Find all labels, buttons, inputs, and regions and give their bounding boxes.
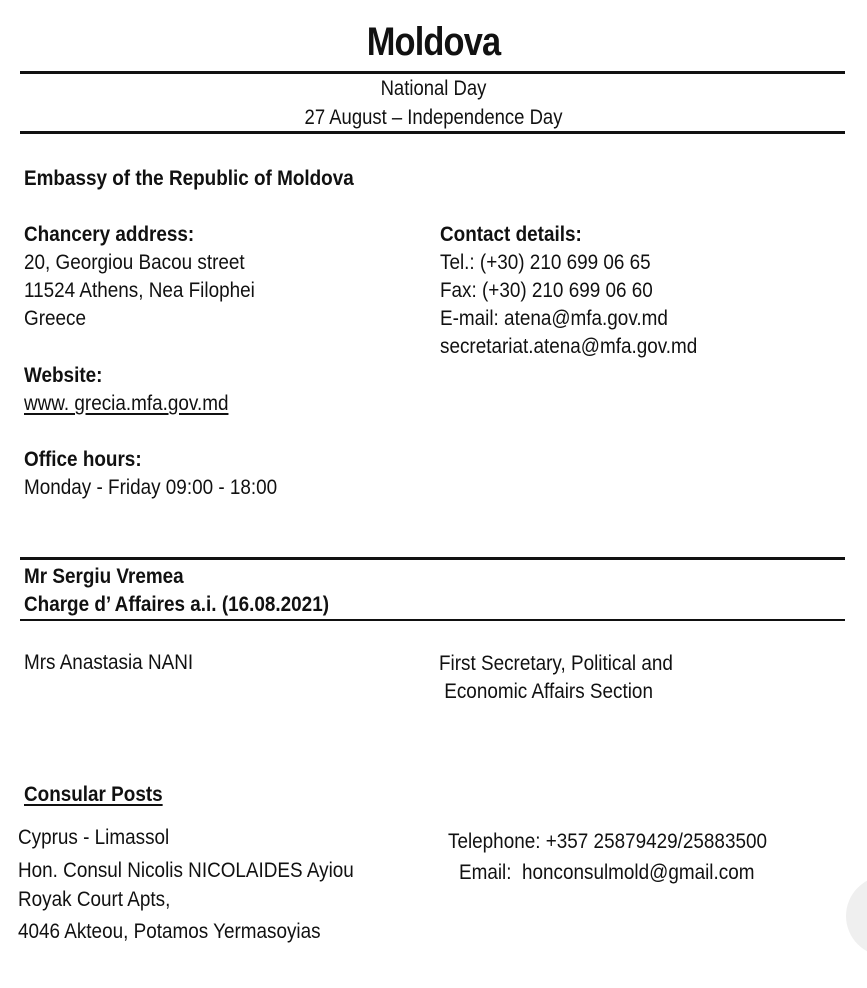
consular-heading: Consular Posts [24,781,163,809]
contact-fax: Fax: (+30) 210 699 06 60 [440,277,653,305]
divider [20,557,845,560]
chancery-line: 20, Georgiou Bacou street [24,249,245,277]
head-of-mission-name: Mr Sergiu Vremea [24,563,184,591]
staff-name: Mrs Anastasia NANI [24,649,193,677]
consul-address-line: Royak Court Apts, [18,886,170,914]
divider [20,619,845,621]
office-hours-label: Office hours: [24,446,142,474]
contact-email-secondary[interactable]: secretariat.atena@mfa.gov.md [440,333,697,361]
national-day-label: National Day [52,77,815,101]
chancery-label: Chancery address: [24,221,194,249]
website-link[interactable]: www. grecia.mfa.gov.md [24,390,228,418]
contact-email[interactable]: E-mail: atena@mfa.gov.md [440,305,668,333]
consular-location: Cyprus - Limassol [18,824,169,852]
head-of-mission-title: Charge d’ Affaires a.i. (16.08.2021) [24,591,329,619]
contact-label: Contact details: [440,221,582,249]
staff-position: Economic Affairs Section [439,678,653,706]
contact-tel[interactable]: Tel.: (+30) 210 699 06 65 [440,249,651,277]
consular-email[interactable]: Email: honconsulmold@gmail.com [459,859,754,887]
consular-telephone[interactable]: Telephone: +357 25879429/25883500 [448,828,767,856]
office-hours-value: Monday - Friday 09:00 - 18:00 [24,474,277,502]
page-title: Moldova [61,20,807,65]
staff-position: First Secretary, Political and [439,650,673,678]
website-label: Website: [24,362,102,390]
embassy-name: Embassy of the Republic of Moldova [24,165,354,193]
national-day-value: 27 August – Independence Day [52,106,815,130]
chancery-line: Greece [24,305,86,333]
consul-address-line: Hon. Consul Nicolis NICOLAIDES Ayiou [18,857,354,885]
divider [20,131,845,134]
scroll-overlay-circle [846,876,867,956]
divider [20,71,845,74]
chancery-line: 11524 Athens, Nea Filophei [24,277,255,305]
consul-address-line: 4046 Akteou, Potamos Yermasoyias [18,918,321,946]
